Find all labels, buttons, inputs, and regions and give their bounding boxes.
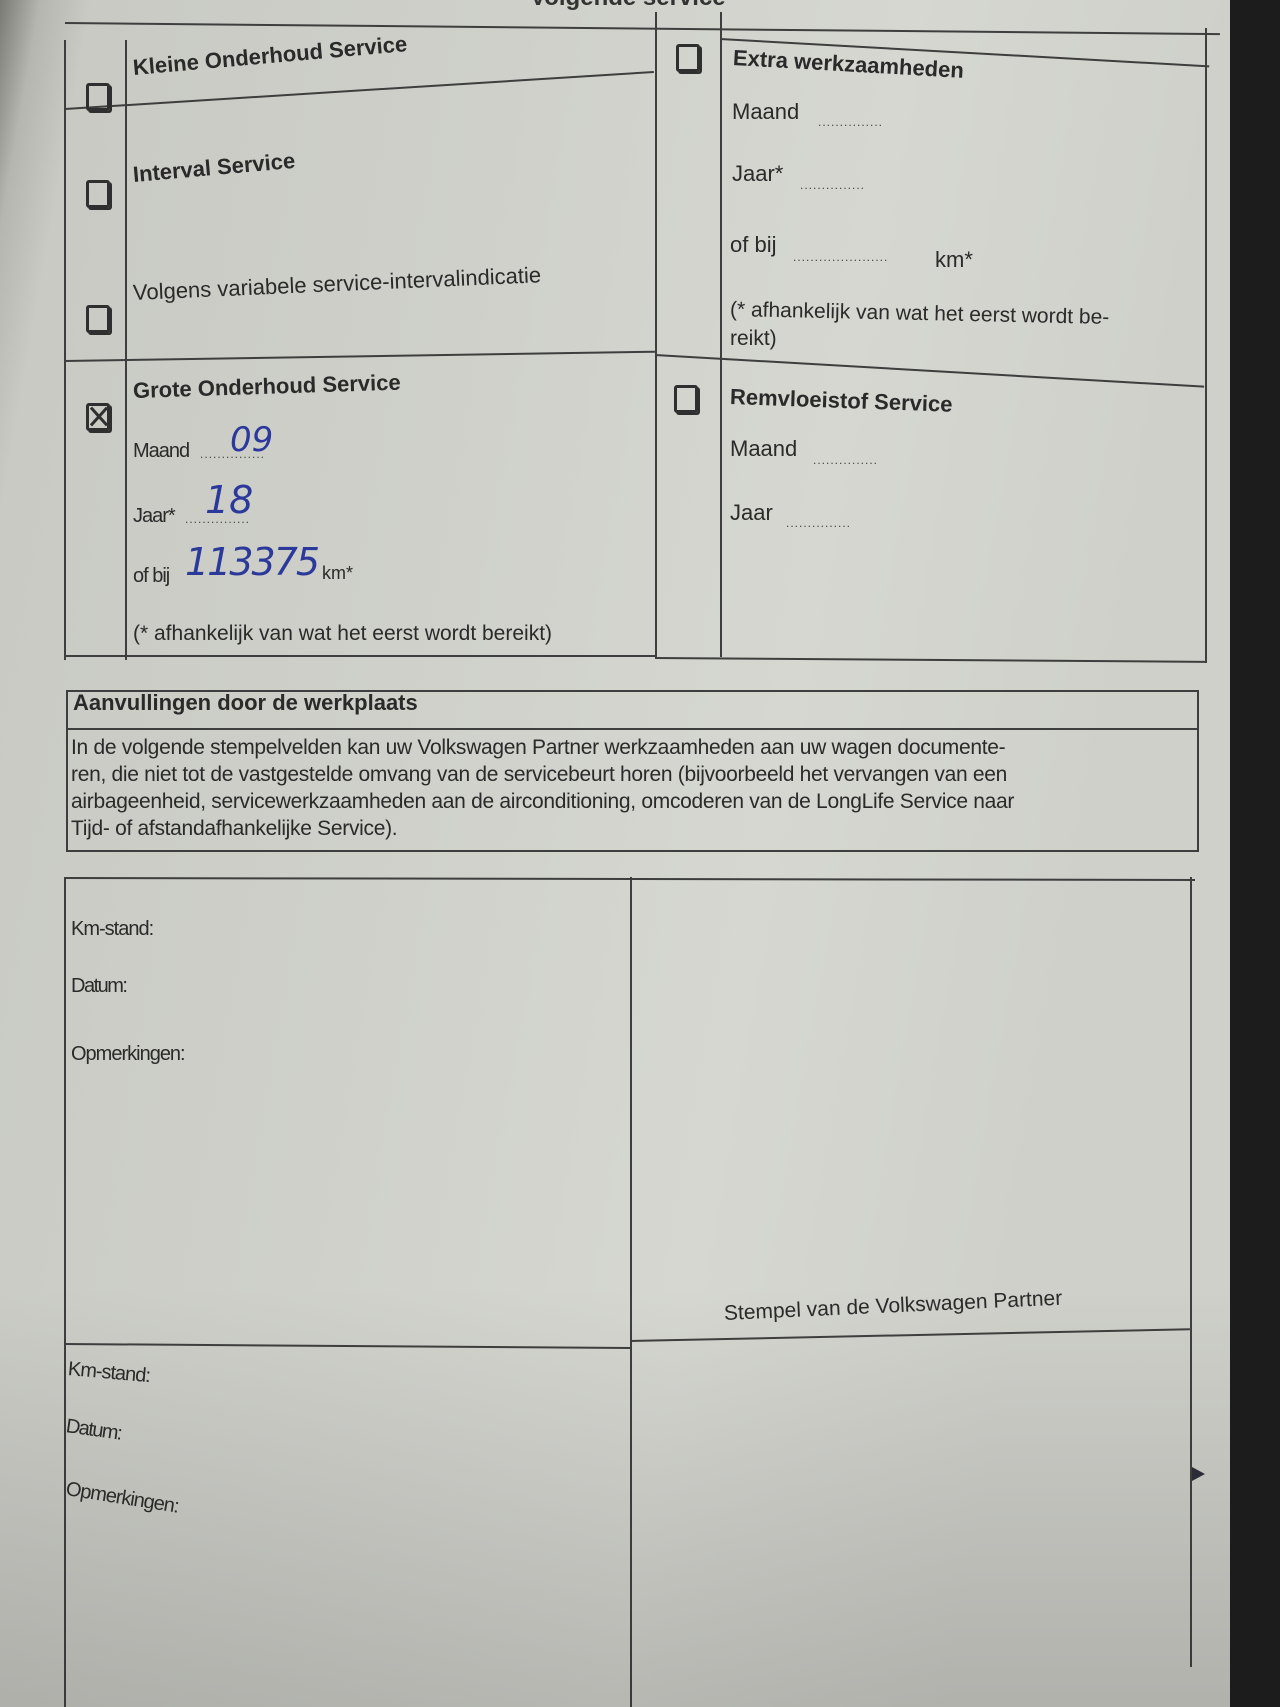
remvloeistof-checkbox[interactable]: [674, 385, 698, 413]
variabele-interval-checkbox[interactable]: [86, 305, 110, 333]
right-label-divider: [720, 12, 722, 657]
stamp-row-separator-right: [630, 1328, 1190, 1342]
kleine-onderhoud-label: Kleine Onderhoud Service: [132, 31, 408, 81]
remvloeistof-jaar-label: Jaar: [730, 500, 773, 526]
remvloeistof-maand-label: Maand: [730, 436, 797, 462]
extra-footnote-line1: (* afhankelijk van wat het eerst wordt b…: [730, 298, 1110, 330]
grote-footnote: (* afhankelijk van wat het eerst wordt b…: [133, 622, 552, 646]
right-bottom: [655, 657, 1205, 663]
extra-footnote-line2: reikt): [730, 327, 777, 351]
grote-onderhoud-checkbox[interactable]: [86, 403, 110, 431]
remvloeistof-jaar-field[interactable]: ...............: [786, 516, 851, 530]
aanvullingen-title: Aanvullingen door de werkplaats: [73, 690, 418, 716]
stamp-center-divider: [630, 877, 632, 1707]
service-booklet-page: Volgende service Kleine Onderhoud Servic…: [0, 0, 1230, 1707]
grote-onderhoud-label: Grote Onderhoud Service: [133, 370, 401, 404]
extra-km-unit: km*: [935, 247, 973, 273]
variabele-interval-label: Volgens variabele service-intervalindica…: [132, 262, 541, 306]
extra-km-field[interactable]: ......................: [793, 250, 888, 264]
extra-jaar-label: Jaar*: [732, 161, 783, 187]
stamp-right-border: [1190, 877, 1192, 1667]
aanvullingen-line-4: Tijd- of afstandafhankelijke Service).: [71, 815, 1196, 842]
table-top-border: [65, 22, 1220, 35]
extra-maand-field[interactable]: ...............: [818, 115, 883, 129]
right-row-sep: [655, 354, 1204, 388]
left-label-divider: [125, 40, 127, 660]
extra-maand-label: Maand: [732, 99, 799, 125]
stamp-1-datum-label: Datum:: [71, 975, 126, 998]
top-heading: Volgende service: [530, 0, 726, 12]
table-left-border: [64, 40, 66, 660]
grote-ofbij-label: of bij: [133, 565, 169, 588]
remvloeistof-maand-field[interactable]: ...............: [813, 453, 878, 467]
left-row-sep-2: [65, 351, 655, 362]
aanvullingen-line-1: In de volgende stempelvelden kan uw Volk…: [71, 734, 1196, 761]
remvloeistof-label: Remvloeistof Service: [730, 384, 953, 418]
grote-maand-label: Maand: [133, 440, 189, 463]
extra-werkzaamheden-checkbox[interactable]: [676, 44, 700, 72]
next-page-arrow-icon[interactable]: [1192, 1467, 1205, 1481]
stamp-field-2[interactable]: [66, 1346, 628, 1707]
center-divider: [655, 12, 657, 657]
aanvullingen-line-3: airbageenheid, servicewerkzaamheden aan …: [71, 788, 1196, 815]
stamp-field-1[interactable]: [66, 880, 628, 1340]
aanvullingen-line-2: ren, die niet tot de vastgestelde omvang…: [71, 761, 1196, 788]
grote-jaar-label: Jaar*: [133, 505, 175, 528]
grote-km-unit: km*: [322, 563, 353, 584]
grote-maand-value[interactable]: 09: [230, 420, 273, 460]
stamp-1-km-label: Km-stand:: [71, 918, 153, 941]
table-right-border: [1205, 28, 1207, 663]
grote-km-value[interactable]: 113375: [185, 540, 318, 584]
grote-jaar-value[interactable]: 18: [205, 478, 253, 522]
aanvullingen-text: In de volgende stempelvelden kan uw Volk…: [71, 734, 1196, 842]
extra-ofbij-label: of bij: [730, 232, 776, 258]
extra-jaar-field[interactable]: ...............: [800, 178, 865, 192]
interval-service-checkbox[interactable]: [86, 180, 110, 208]
kleine-onderhoud-checkbox[interactable]: [86, 83, 110, 111]
stamp-caption: Stempel van de Volkswagen Partner: [723, 1287, 1062, 1326]
interval-service-label: Interval Service: [132, 148, 296, 188]
stamp-1-opmerkingen-label: Opmerkingen:: [71, 1043, 185, 1066]
left-bottom: [65, 655, 655, 657]
